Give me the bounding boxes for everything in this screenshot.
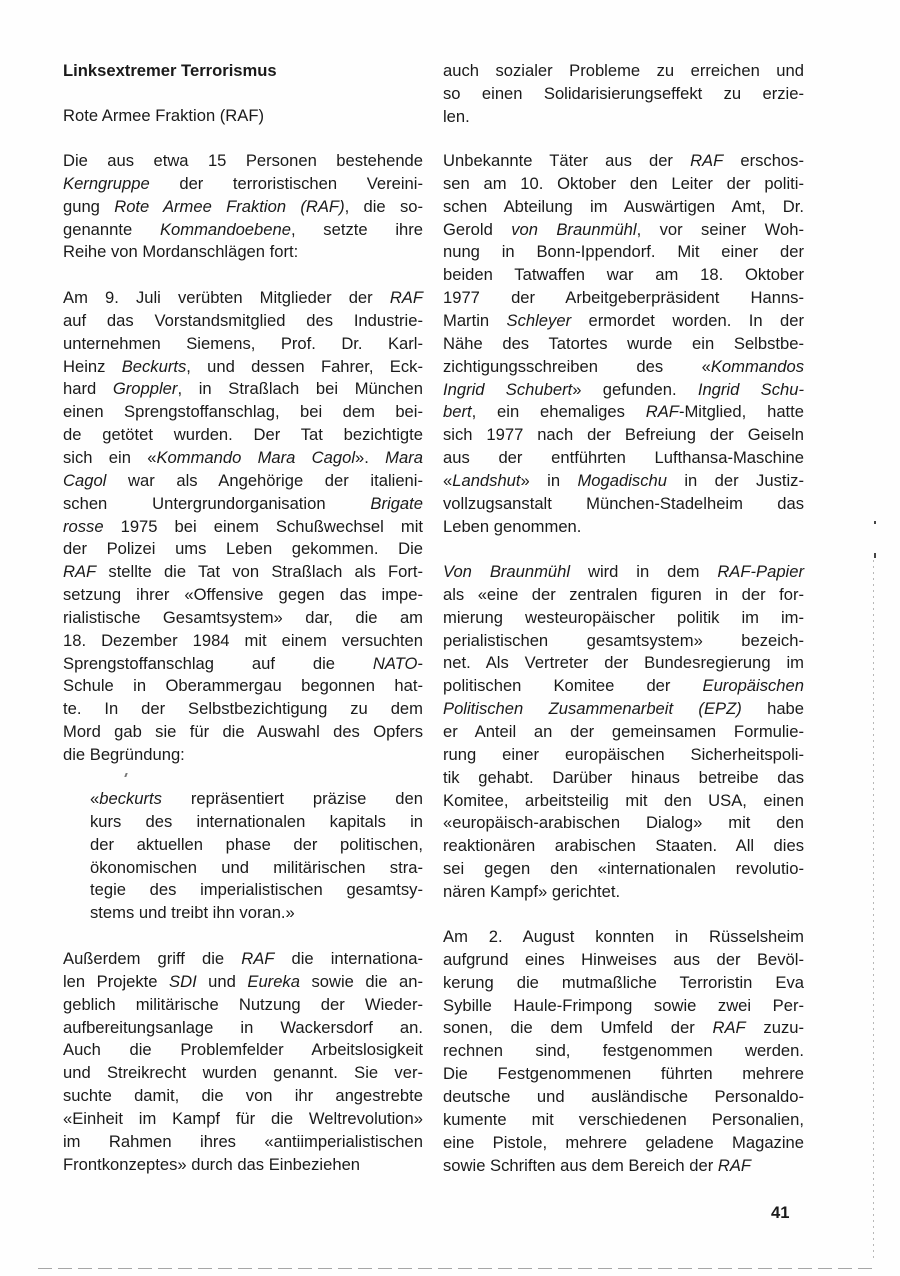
text-line: so einen Solidarisierungseffekt zu erzie…: [443, 82, 804, 105]
text-line: Unbekannte Täter aus der RAF erschos-: [443, 149, 804, 172]
quote-line: «beckurts repräsentiert präzise den: [90, 787, 423, 810]
text-line: sei gegen den «internationalen revolutio…: [443, 857, 804, 880]
text-line: Am 2. August konnten in Rüsselsheim: [443, 925, 804, 948]
subsection-heading: Rote Armee Fraktion (RAF): [63, 104, 423, 127]
text-line: Reihe von Mordanschlägen fort:: [63, 240, 423, 263]
text-line: Die aus etwa 15 Personen bestehende: [63, 149, 423, 172]
text-line: rung einer europäischen Sicherheitspoli-: [443, 743, 804, 766]
text-line: Nähe des Tatortes wurde ein Selbstbe-: [443, 332, 804, 355]
text-line: len.: [443, 105, 804, 128]
text-line: «Landshut» in Mogadischu in der Justiz-: [443, 469, 804, 492]
text-line: aus der entführten Lufthansa-Maschine: [443, 446, 804, 469]
text-line: er Anteil an der gemeinsamen Formulie-: [443, 720, 804, 743]
scanned-document-page: Linksextremer Terrorismus Rote Armee Fra…: [0, 0, 900, 1276]
text-line: te. In der Selbstbezichtigung zu dem: [63, 697, 423, 720]
text-line: im Rahmen ihres «antiimperialistischen: [63, 1130, 423, 1153]
text-line: «Einheit im Kampf für die Weltrevolution…: [63, 1107, 423, 1130]
text-line: nung in Bonn-Ippendorf. Mit einer der: [443, 240, 804, 263]
quote-line: der aktuellen phase der politischen,: [90, 833, 423, 856]
text-line: nären Kampf» gerichtet.: [443, 880, 804, 903]
text-line: auch sozialer Probleme zu erreichen und: [443, 59, 804, 82]
text-line: kerung die mutmaßliche Terroristin Eva: [443, 971, 804, 994]
text-line: Komitee, arbeitsteilig mit den USA, eine…: [443, 789, 804, 812]
text-line: geblich militärische Nutzung der Wieder-: [63, 993, 423, 1016]
text-line: schen Abteilung im Auswärtigen Amt, Dr.: [443, 195, 804, 218]
text-line: Sprengstoffanschlag auf die NATO-: [63, 652, 423, 675]
quote-line: kurs des internationalen kapitals in: [90, 810, 423, 833]
text-line: Schule in Oberammergau begonnen hat-: [63, 674, 423, 697]
text-line: suchte damit, die von ihr angestrebte: [63, 1084, 423, 1107]
page-number: 41: [771, 1203, 789, 1223]
text-line: Heinz Beckurts, und dessen Fahrer, Eck-: [63, 355, 423, 378]
text-line: sich ein «Kommando Mara Cagol». Mara: [63, 446, 423, 469]
text-line: mierung westeuropäischer politik im im-: [443, 606, 804, 629]
text-line: rechnen sind, festgenommen werden.: [443, 1039, 804, 1062]
text-line: schen Untergrundorganisation Brigate: [63, 492, 423, 515]
text-line: Von Braunmühl wird in dem RAF-Papier: [443, 560, 804, 583]
text-line: sowie Schriften aus dem Bereich der RAF: [443, 1154, 804, 1177]
text-line: Außerdem griff die RAF die internationa-: [63, 947, 423, 970]
text-line: len Projekte SDI und Eureka sowie die an…: [63, 970, 423, 993]
text-line: reaktionären arabischen Staaten. All die…: [443, 834, 804, 857]
text-line: Frontkonzeptes» durch das Einbeziehen: [63, 1153, 423, 1176]
text-line: bert, ein ehemaliges RAF-Mitglied, hatte: [443, 400, 804, 423]
text-line: auf das Vorstandsmitglied des Industrie-: [63, 309, 423, 332]
text-line: aufgrund eines Hinweises aus der Bevöl-: [443, 948, 804, 971]
text-line: genannte Kommandoebene, setzte ihre: [63, 218, 423, 241]
text-line: «europäisch-arabischen Dialog» mit den: [443, 811, 804, 834]
text-line: vollzugsanstalt München-Stadelheim das: [443, 492, 804, 515]
text-line: Ingrid Schubert» gefunden. Ingrid Schu-: [443, 378, 804, 401]
text-line: Cagol war als Angehörige der italieni-: [63, 469, 423, 492]
text-line: unternehmen Siemens, Prof. Dr. Karl-: [63, 332, 423, 355]
text-line: sen am 10. Oktober den Leiter der politi…: [443, 172, 804, 195]
text-line: rialistische Gesamtsystem» dar, die am: [63, 606, 423, 629]
scan-artifact-dot: [874, 553, 876, 558]
section-heading: Linksextremer Terrorismus: [63, 59, 423, 82]
quote-line: stems und treibt ihn voran.»: [90, 901, 423, 924]
text-line: Kerngruppe der terroristischen Vereini-: [63, 172, 423, 195]
quote-line: tegie des imperialistischen gesamtsy-: [90, 878, 423, 901]
text-line: hard Groppler, in Straßlach bei München: [63, 377, 423, 400]
text-line: Leben genommen.: [443, 515, 804, 538]
text-line: 1977 der Arbeitgeberpräsident Hanns-: [443, 286, 804, 309]
text-line: tik gehabt. Darüber hinaus betreibe das: [443, 766, 804, 789]
text-line: sonen, die dem Umfeld der RAF zuzu-: [443, 1016, 804, 1039]
quote-line: ökonomischen und militärischen stra-: [90, 856, 423, 879]
text-line: eine Pistole, mehrere geladene Magazine: [443, 1131, 804, 1154]
text-line: beiden Tatwaffen war am 18. Oktober: [443, 263, 804, 286]
scan-artifact-mark: [124, 773, 127, 777]
text-line: setzung ihrer «Offensive gegen das impe-: [63, 583, 423, 606]
text-line: Politischen Zusammenarbeit (EPZ) habe: [443, 697, 804, 720]
scan-edge-bottom-border: [38, 1268, 874, 1269]
text-line: politischen Komitee der Europäischen: [443, 674, 804, 697]
text-line: Mord gab sie für die Auswahl des Opfers: [63, 720, 423, 743]
text-line: zichtigungsschreiben des «Kommandos: [443, 355, 804, 378]
text-line: gung Rote Armee Fraktion (RAF), die so-: [63, 195, 423, 218]
text-line: einen Sprengstoffanschlag, bei dem bei-: [63, 400, 423, 423]
text-line: Martin Schleyer ermordet worden. In der: [443, 309, 804, 332]
text-line: Am 9. Juli verübten Mitglieder der RAF: [63, 286, 423, 309]
scan-artifact-dot: [874, 521, 876, 524]
text-line: und Streikrecht wurden genannt. Sie ver-: [63, 1061, 423, 1084]
text-line: aufbereitungsanlage in Wackersdorf an.: [63, 1016, 423, 1039]
text-line: perialistischen gesamtsystem» bezeich-: [443, 629, 804, 652]
text-line: rosse 1975 bei einem Schußwechsel mit: [63, 515, 423, 538]
text-line: als «eine der zentralen figuren in der f…: [443, 583, 804, 606]
text-line: Gerold von Braunmühl, vor seiner Woh-: [443, 218, 804, 241]
text-line: der Polizei ums Leben gekommen. Die: [63, 537, 423, 560]
text-line: deutsche und ausländische Personaldo-: [443, 1085, 804, 1108]
text-line: Die Festgenommenen führten mehrere: [443, 1062, 804, 1085]
text-line: net. Als Vertreter der Bundesregierung i…: [443, 651, 804, 674]
scan-edge-right-border: [873, 560, 874, 1260]
text-line: Sybille Haule-Frimpong sowie zwei Per-: [443, 994, 804, 1017]
text-line: kumente mit verschiedenen Personalien,: [443, 1108, 804, 1131]
text-line: die Begründung:: [63, 743, 423, 766]
text-line: Auch die Problemfelder Arbeitslosigkeit: [63, 1038, 423, 1061]
text-line: de getötet wurden. Der Tat bezichtigte: [63, 423, 423, 446]
text-line: sich 1977 nach der Befreiung der Geiseln: [443, 423, 804, 446]
text-line: RAF stellte die Tat von Straßlach als Fo…: [63, 560, 423, 583]
text-line: 18. Dezember 1984 mit einem versuchten: [63, 629, 423, 652]
